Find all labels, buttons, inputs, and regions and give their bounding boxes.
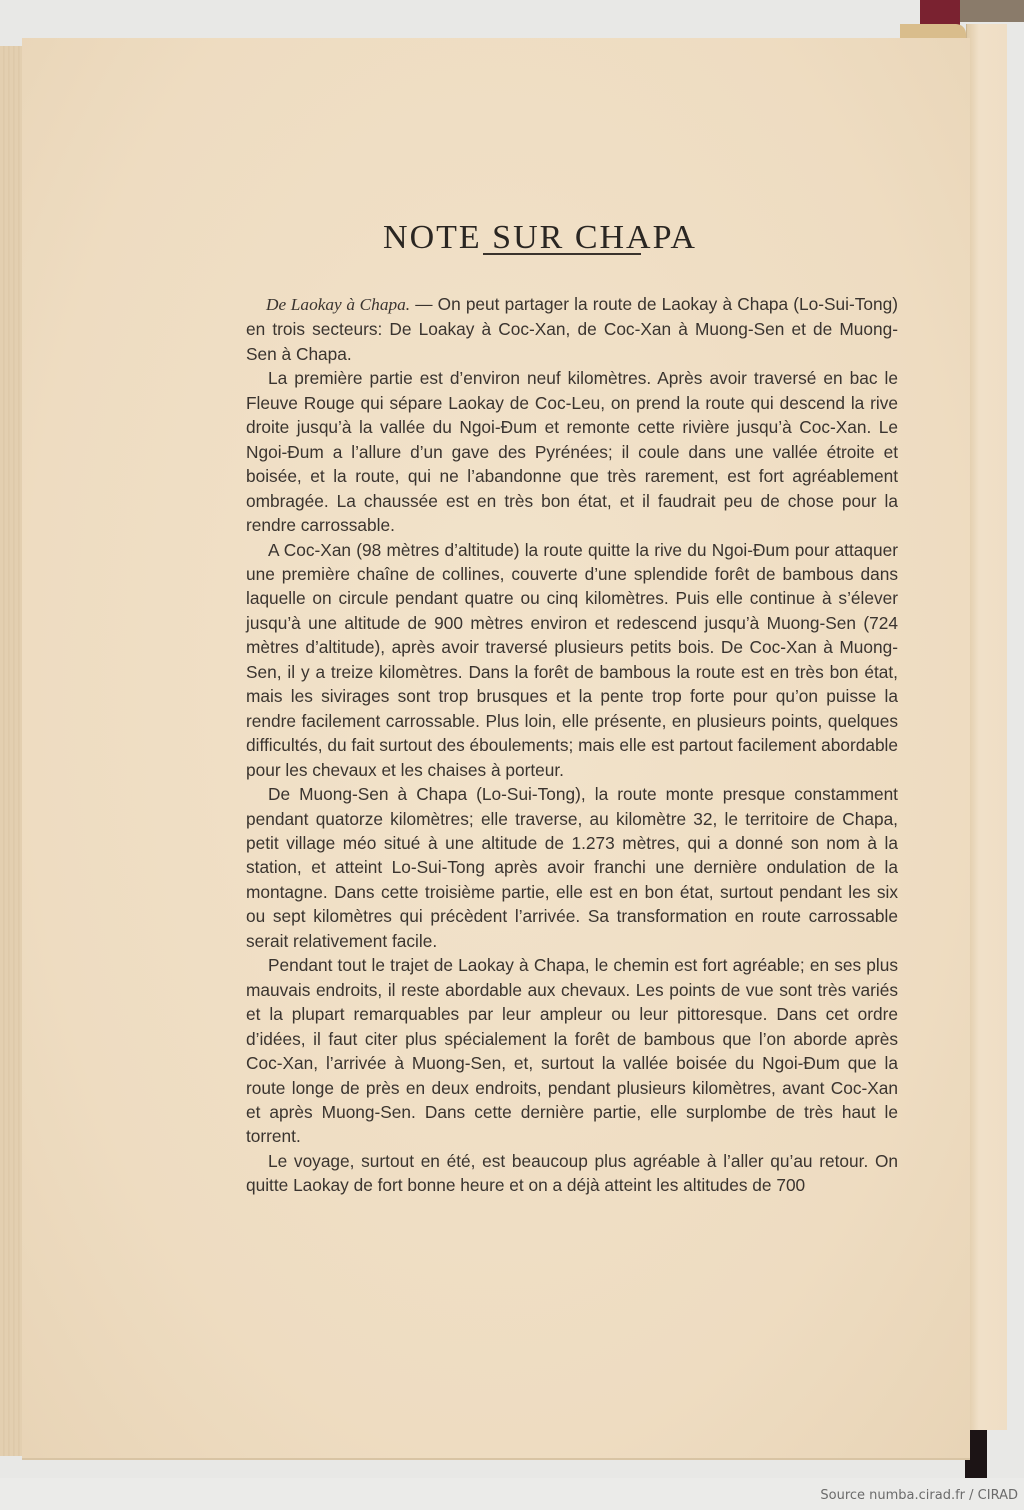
page-curl — [900, 24, 966, 38]
source-caption: Source numba.cirad.fr / CIRAD — [820, 1488, 1018, 1503]
paragraph: A Coc-Xan (98 mètres d’altitude) la rout… — [246, 538, 898, 783]
paragraph: La première partie est d’environ neuf ki… — [246, 366, 898, 537]
title-rule — [483, 253, 641, 255]
paragraph: Pendant tout le trajet de Laokay à Chapa… — [246, 953, 898, 1149]
body-text: De Laokay à Chapa. — On peut partager la… — [246, 292, 898, 1198]
paragraph-lead: De Laokay à Chapa. — [266, 295, 410, 314]
book-cover-edge — [960, 0, 1024, 22]
paragraph: De Laokay à Chapa. — On peut partager la… — [246, 292, 898, 366]
paragraph: De Muong-Sen à Chapa (Lo-Sui-Tong), la r… — [246, 782, 898, 953]
page-title: NOTE SUR CHAPA — [240, 219, 840, 257]
paragraph: Le voyage, surtout en été, est beaucoup … — [246, 1149, 898, 1198]
page-stack-right — [966, 24, 1007, 1430]
